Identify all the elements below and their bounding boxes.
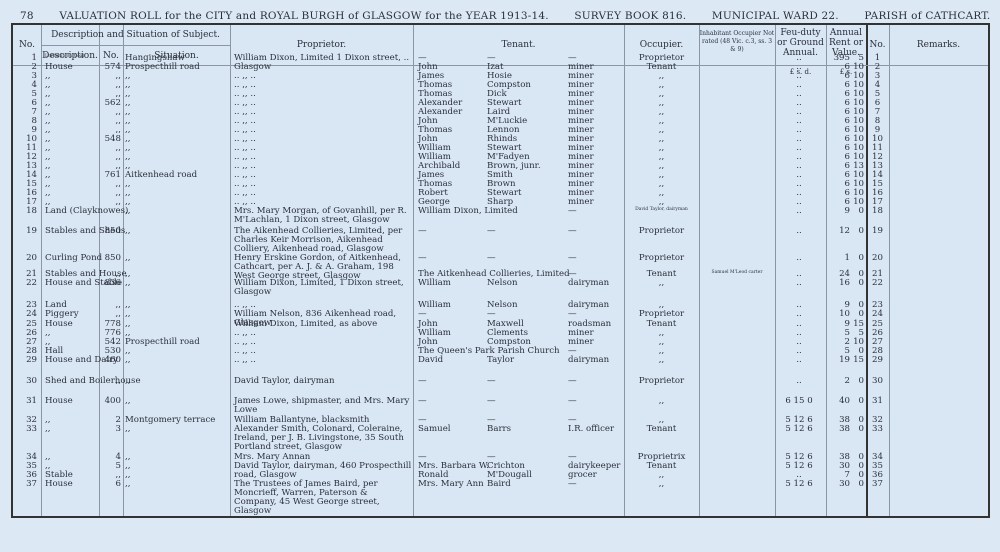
row-no: 29 [866,356,889,365]
row-prop: .. ,, .. [234,117,412,126]
row-sit: ,, [125,117,225,126]
row-sit: ,, [125,227,225,236]
col-header-proprietor: Proprietor. [230,40,413,50]
row-ten-f: William [418,279,488,288]
row-feu: .. [775,356,823,365]
row-desc: Stables and Sheds [45,227,99,236]
row-no: 30 [866,377,889,386]
row-desc: ,, [45,425,99,434]
row-sit: ,, [125,198,225,207]
row-prop: .. ,, .. [234,99,412,108]
row-prop: .. ,, .. [234,72,412,81]
row-sit: Aitkenhead road [125,171,225,180]
row-num: 850 [99,254,121,263]
row-ten-f: William [418,301,488,310]
col-header-no2: No. [866,40,889,50]
row-prop: .. ,, .. [234,108,412,117]
row-no: 19 [866,227,889,236]
row-sit: ,, [125,135,225,144]
row-ten-o: — [568,254,623,263]
row-rent-s: 0 [851,480,864,489]
row-ten-f: William Dixon, Limited [418,207,488,216]
row-desc: ,, [45,153,99,162]
col-header-num: No. [99,51,123,61]
row-ten-o: — [568,377,623,386]
row-sit: ,, [125,453,225,462]
row-ten-o: — [568,480,623,489]
row-prop: .. ,, .. [234,81,412,90]
row-no: 37 [13,480,37,489]
row-desc: ,, [45,117,99,126]
row-desc: Curling Pond [45,254,99,263]
row-desc: ,, [45,108,99,117]
survey-book: SURVEY BOOK 816. [574,10,686,22]
row-sit: ,, [125,279,225,288]
row-prop: David Taylor, dairyman [234,377,412,386]
row-sit: Montgomery terrace [125,416,225,425]
col-header-remarks: Remarks. [889,40,988,50]
row-prop: .. ,, .. [234,162,412,171]
row-feu: .. [775,279,823,288]
row-sit: ,, [125,301,225,310]
row-desc: ,, [45,81,99,90]
row-ten-f: — [418,377,488,386]
row-sit: ,, [125,153,225,162]
row-rent-s: 0 [851,227,864,236]
row-occ: ,, [624,279,699,288]
parish: PARISH of CATHCART. [864,10,990,22]
row-feu: .. [775,227,823,236]
row-prop: .. ,, .. [234,356,412,365]
row-ten-f: David [418,356,488,365]
row-no: 33 [13,425,37,434]
row-prop: Alexander Smith, Colonard, Coleraine, Ir… [234,425,412,452]
row-no: 18 [866,207,889,216]
row-ten-f: — [418,310,488,319]
row-prop: David Taylor, dairyman, 460 Prospecthill… [234,462,412,480]
row-sit: ,, [125,180,225,189]
row-rent-l: 1 [826,254,850,263]
row-ten-f: — [418,397,488,406]
row-ten-l: Barrs [487,425,567,434]
row-prop: .. ,, .. [234,180,412,189]
row-desc: House [45,397,99,406]
row-rent-l: 10 [826,310,850,319]
row-no: 24 [866,310,889,319]
row-sit: ,, [125,99,225,108]
row-sit: ,, [125,347,225,356]
row-sit: ,, [125,471,225,480]
row-ten-o: I.R. officer [568,425,623,434]
row-occ: David Taylor, dairyman [624,207,699,212]
row-prop: .. ,, .. [234,347,412,356]
row-sit: ,, [125,270,225,279]
row-desc: ,, [45,144,99,153]
municipal-ward: MUNICIPAL WARD 22. [712,10,839,22]
row-sit: ,, [125,320,225,329]
row-prop: Henry Erskine Gordon, of Aitkenhead, Cat… [234,254,412,281]
row-rent-s: 0 [851,425,864,434]
row-feu: .. [775,207,823,216]
row-desc: ,, [45,162,99,171]
row-ten-o: dairyman [568,356,623,365]
row-sit: ,, [125,254,225,263]
row-ten-l: — [487,227,567,236]
row-occ: Proprietor [624,377,699,386]
row-sit: ,, [125,108,225,117]
row-ten-f: Mrs. Mary Ann [418,480,488,489]
row-num: 460 [99,356,121,365]
row-ten-l: — [487,254,567,263]
roll-title: VALUATION ROLL for the CITY and ROYAL BU… [59,10,548,22]
row-prop: .. ,, .. [234,90,412,99]
row-prop: William Dixon, Limited, as above [234,320,412,329]
row-rent-l: 12 [826,227,850,236]
row-sit: ,, [125,90,225,99]
row-inh: Samuel M'Leod carter [699,270,775,275]
row-num: 6 [99,480,121,489]
row-no: 24 [13,310,37,319]
row-ten-o: dairyman [568,279,623,288]
row-rent-l: 16 [826,279,850,288]
row-no: 30 [13,377,37,386]
row-ten-l: — [487,397,567,406]
row-no: 37 [866,480,889,489]
row-rent-s: 0 [851,397,864,406]
row-ten-o: — [568,227,623,236]
row-feu: 5 12 6 [775,425,823,434]
row-desc: ,, [45,90,99,99]
row-prop: .. ,, .. [234,126,412,135]
row-no: 20 [866,254,889,263]
row-no: 33 [866,425,889,434]
row-num: 400 [99,397,121,406]
row-rent-l: 9 [826,207,850,216]
row-no: 20 [13,254,37,263]
row-sit: ,, [125,356,225,365]
row-prop: .. ,, .. [234,329,412,338]
row-prop: .. ,, .. [234,144,412,153]
row-num: 850 [99,227,121,236]
row-desc: ,, [45,171,99,180]
row-rent-l: 30 [826,480,850,489]
page-number: 78 [20,10,34,22]
row-ten-o: — [568,310,623,319]
col-header-occupier: Occupier. [624,40,699,50]
row-desc: House [45,320,99,329]
row-rent-l: 40 [826,397,850,406]
row-occ: Proprietor [624,227,699,236]
row-sit: ,, [125,462,225,471]
row-prop: The Aikenhead Collieries, Limited, per C… [234,227,412,254]
row-rent-s: 15 [851,356,864,365]
row-occ: ,, [624,356,699,365]
row-desc: ,, [45,72,99,81]
row-desc: ,, [45,135,99,144]
row-sit: ,, [125,81,225,90]
valuation-table: No. Description and Situation of Subject… [11,23,990,518]
row-ten-f: — [418,254,488,263]
row-rent-s: 0 [851,254,864,263]
row-no: 22 [866,279,889,288]
page-header: 78 VALUATION ROLL for the CITY and ROYAL… [20,10,1000,22]
row-ten-l: Nelson [487,279,567,288]
row-sit: ,, [125,207,225,216]
row-desc: ,, [45,99,99,108]
row-desc: ,, [45,453,99,462]
row-desc: House and Dairy [45,356,99,365]
row-desc: ,, [45,329,99,338]
row-rent-l: 38 [826,425,850,434]
row-sit: ,, [125,144,225,153]
row-desc: Land (Clayknowes) [45,207,99,216]
row-prop: Glasgow [234,63,412,72]
row-ten-l: Taylor [487,356,567,365]
row-sit: ,, [125,425,225,434]
row-occ: Proprietor [624,254,699,263]
row-desc: ,, [45,126,99,135]
row-rent-s: 0 [851,279,864,288]
row-desc: Piggery [45,310,99,319]
row-prop: James Lowe, shipmaster, and Mrs. Mary Lo… [234,397,412,415]
row-no: 31 [13,397,37,406]
row-desc: ,, [45,180,99,189]
row-ten-l: — [487,310,567,319]
row-num: 836 [99,279,121,288]
row-rent-l: 19 [826,356,850,365]
row-prop: .. ,, .. [234,189,412,198]
row-occ: Tenant [624,425,699,434]
row-num: ,, [99,377,121,386]
row-feu: .. [775,254,823,263]
row-rent-l: 2 [826,377,850,386]
row-feu: 5 12 6 [775,480,823,489]
row-sit: ,, [125,72,225,81]
row-no: 29 [13,356,37,365]
row-num: ,, [99,310,121,319]
row-feu: .. [775,377,823,386]
row-no: 19 [13,227,37,236]
row-occ: ,, [624,198,699,207]
row-prop: .. ,, .. [234,171,412,180]
row-occ: ,, [624,397,699,406]
row-desc: Shed and Boilerhouse [45,377,99,386]
row-ten-l: — [487,377,567,386]
row-ten-o: — [568,207,623,216]
row-rent-s: 0 [851,207,864,216]
row-desc: Lordship on Coal [45,54,99,59]
row-no: 31 [866,397,889,406]
row-ten-l: Nelson [487,301,567,310]
row-desc: ,, [45,416,99,425]
row-rent-s: 0 [851,310,864,319]
row-feu: .. [775,310,823,319]
row-ten-o: — [568,397,623,406]
row-prop: .. ,, .. [234,338,412,347]
row-prop: .. ,, .. [234,135,412,144]
row-sit: ,, [125,397,225,406]
row-sit: ,, [125,310,225,319]
row-desc: ,, [45,189,99,198]
row-ten-l: Baird [487,480,567,489]
row-ten-f: — [418,227,488,236]
col-header-no: No. [13,40,41,50]
row-sit: ,, [125,377,225,386]
row-no: 18 [13,207,37,216]
col-header-inhabitant: Inhabitant Occupier Not rated (48 Vic. c… [699,30,775,54]
row-sit: ,, [125,189,225,198]
row-num: 3 [99,425,121,434]
row-occ: Proprietor [624,310,699,319]
row-prop: William Dixon, Limited, 1 Dixon street, … [234,279,412,297]
row-sit: Prospecthill road [125,338,225,347]
row-ten-f: Samuel [418,425,488,434]
row-prop: Mrs. Mary Morgan, of Govanhill, per R. M… [234,207,412,225]
col-header-tenant: Tenant. [413,40,624,50]
row-prop: .. ,, .. [234,153,412,162]
row-rent-s: 0 [851,377,864,386]
col-header-desc-group: Description and Situation of Subject. [41,30,230,40]
row-prop: The Trustees of James Baird, per Moncrie… [234,480,412,516]
row-sit: ,, [125,480,225,489]
row-desc: House [45,63,99,72]
row-feu: 6 15 0 [775,397,823,406]
row-occ: ,, [624,480,699,489]
row-sit: Prospecthill road [125,63,225,72]
row-desc: House and Stable [45,279,99,288]
row-no: 22 [13,279,37,288]
row-sit: ,, [125,126,225,135]
row-desc: House [45,480,99,489]
